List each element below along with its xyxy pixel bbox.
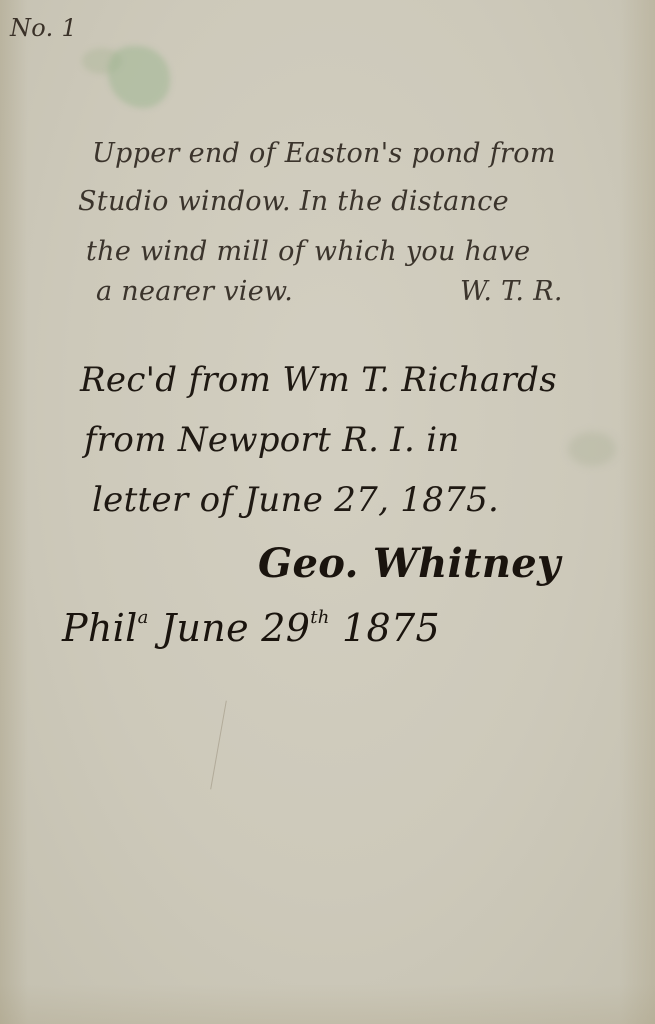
paper-edge-left [0, 0, 28, 1024]
note-line-2: Studio window. In the distance [78, 186, 509, 217]
place-superscript: a [138, 607, 149, 628]
receipt-line-2: from Newport R. I. in [84, 420, 460, 460]
note-initials: W. T. R. [460, 276, 563, 307]
place-and-date: Phila June 29th 1875 [62, 606, 440, 650]
receipt-line-3: letter of June 27, 1875. [92, 480, 499, 520]
note-line-3: the wind mill of which you have [86, 236, 530, 267]
paper-crease [210, 701, 227, 790]
faint-stain [568, 432, 616, 466]
note-line-1: Upper end of Easton's pond from [92, 138, 556, 169]
note-line-4: a nearer view. [96, 276, 293, 307]
document-card: No. 1 Upper end of Easton's pond from St… [0, 0, 655, 1024]
year: 1875 [342, 606, 440, 650]
receipt-line-1: Rec'd from Wm T. Richards [80, 360, 557, 400]
place: Phil [62, 606, 138, 650]
paper-edge-bottom [0, 984, 655, 1024]
green-stain [108, 46, 170, 108]
signature: Geo. Whitney [258, 540, 561, 587]
corner-number-mark: No. 1 [10, 14, 77, 42]
date: June 29 [161, 606, 310, 650]
paper-edge-right [619, 0, 655, 1024]
date-superscript: th [310, 607, 329, 628]
